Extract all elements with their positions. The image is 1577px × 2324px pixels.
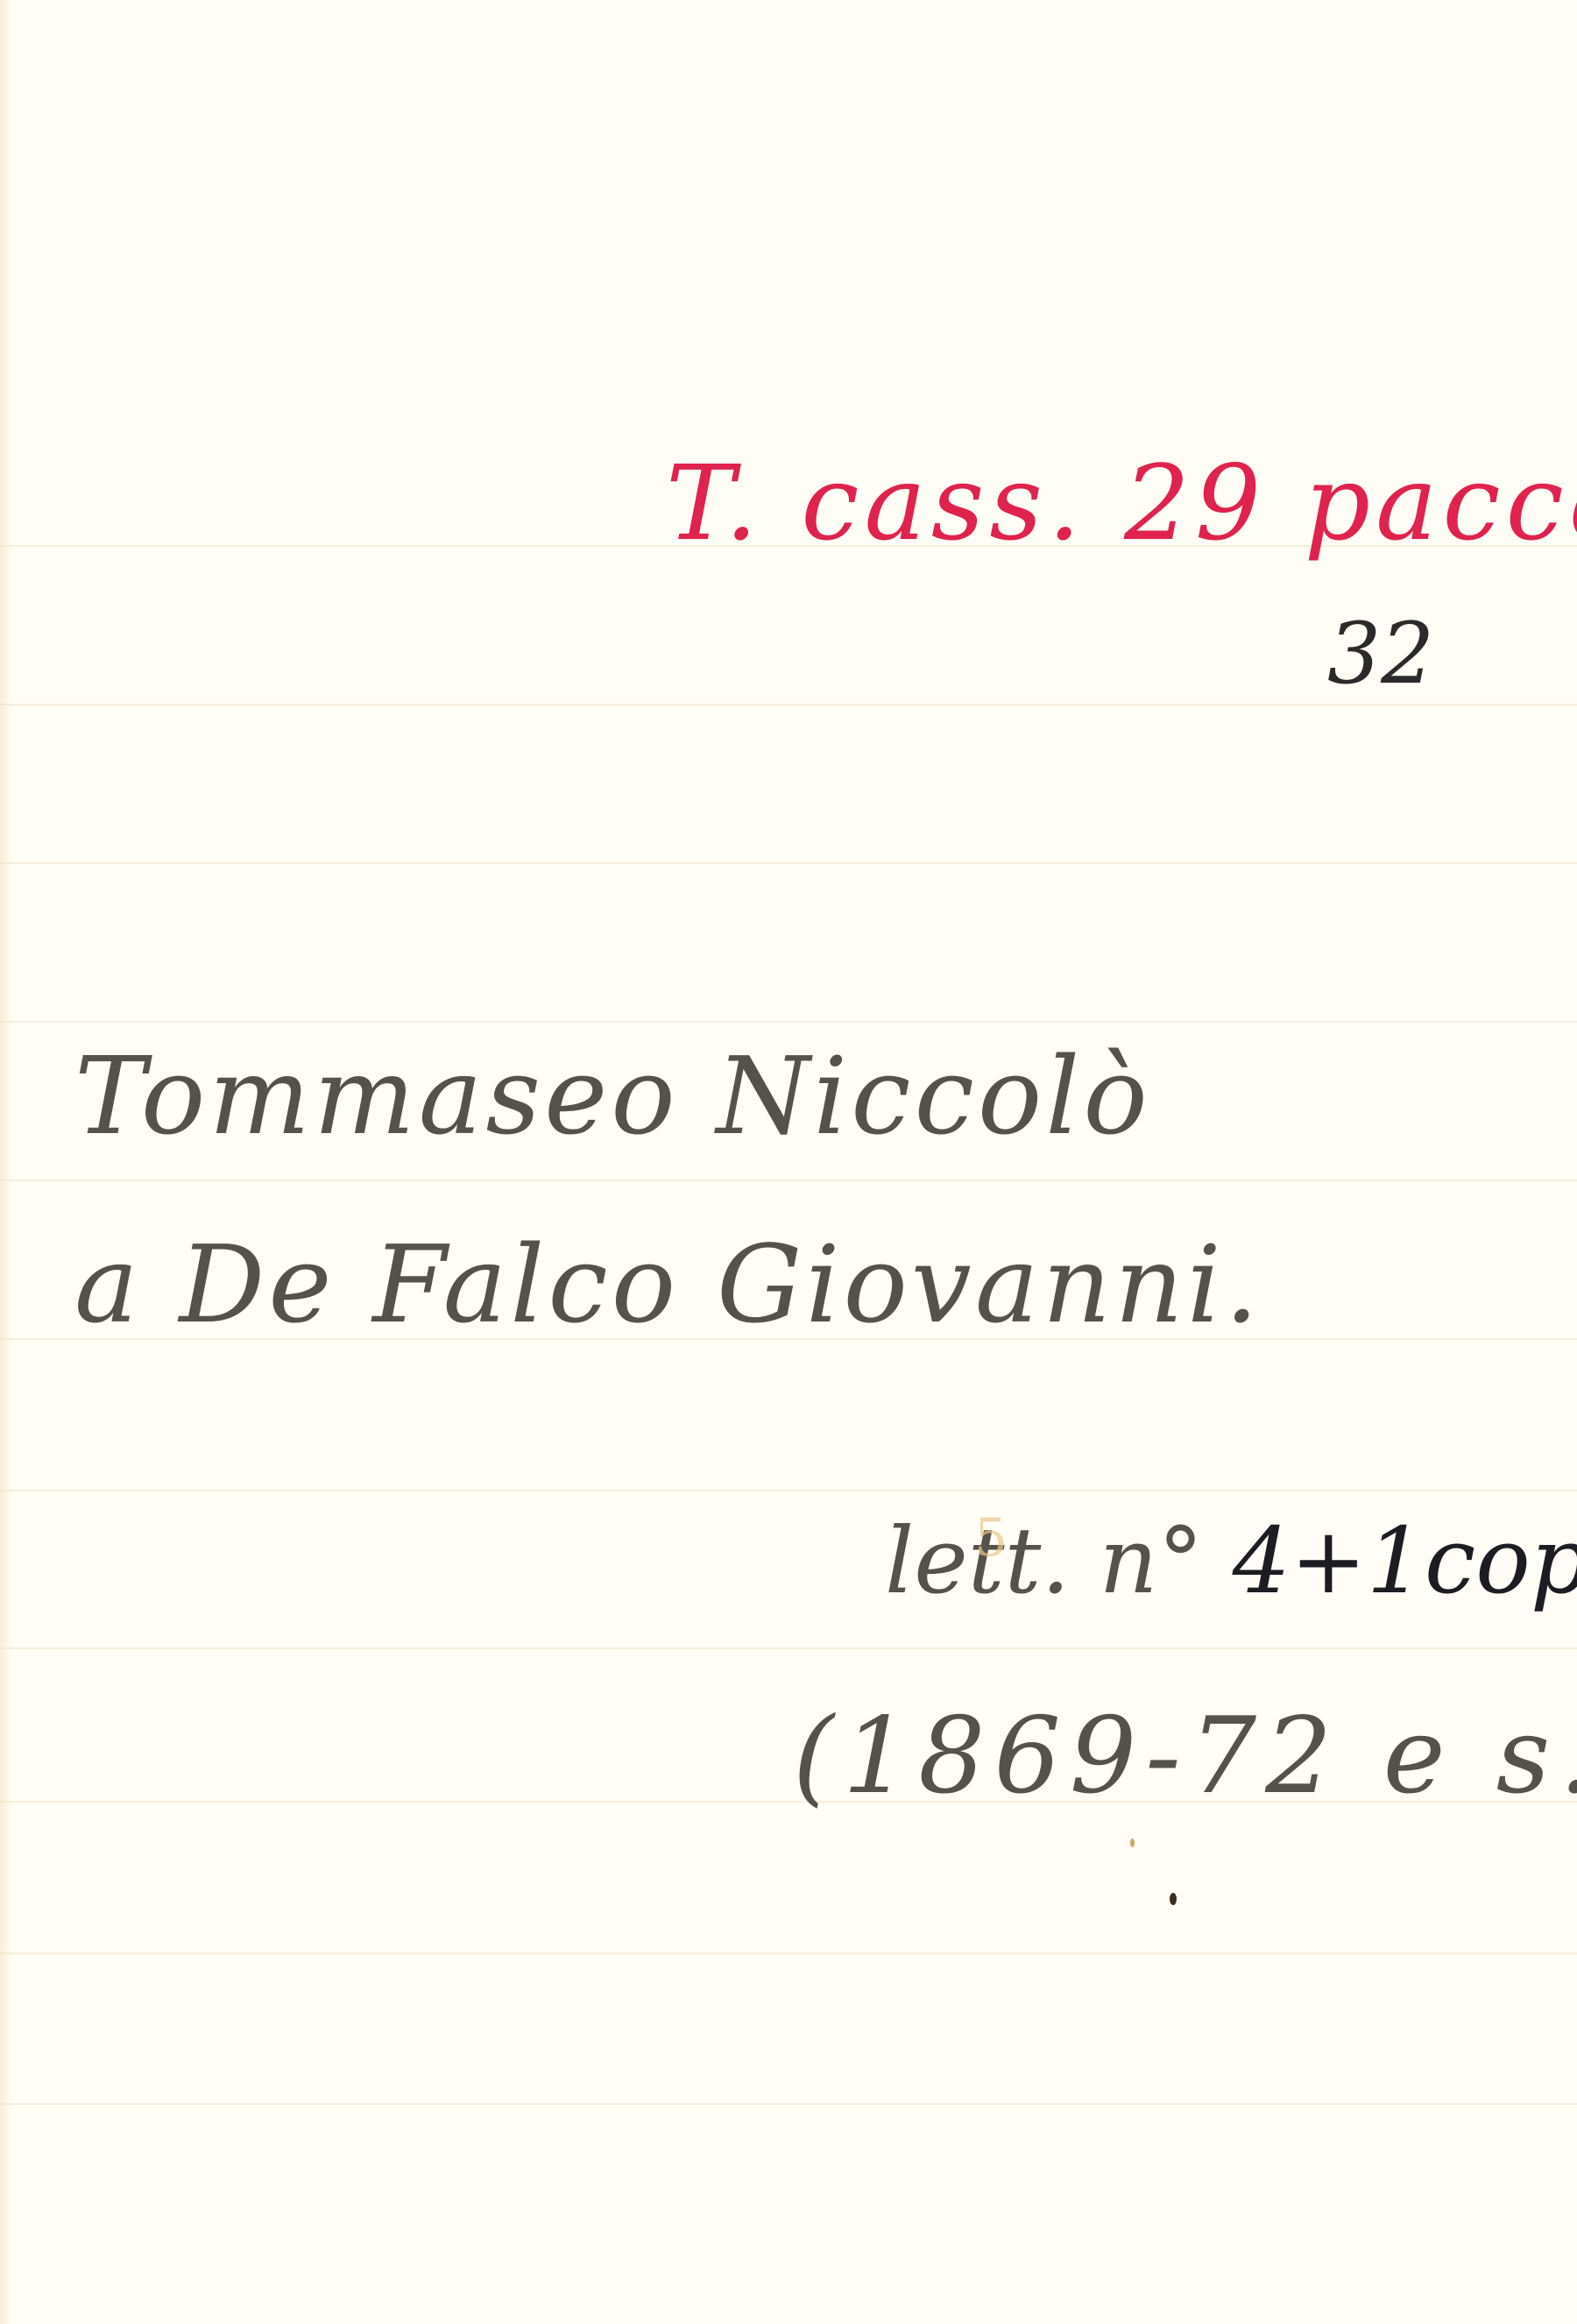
ruled-line	[0, 1952, 1577, 1954]
letter-count-value: 4+1copia	[1233, 1507, 1577, 1614]
ruled-line	[0, 704, 1577, 705]
date-range: (1869-72 e s.d.)	[793, 1696, 1577, 1817]
ink-speck	[1170, 1893, 1177, 1905]
ruled-line	[0, 2103, 1577, 2105]
overwritten-digit: 5	[974, 1507, 1008, 1569]
ruled-line	[0, 862, 1577, 864]
sender-name: Tommaseo Niccolò	[74, 1034, 1151, 1158]
ruled-line	[0, 1180, 1577, 1181]
ruled-line	[0, 1490, 1577, 1491]
letter-count-prefix: lett. n°	[885, 1507, 1204, 1614]
catalog-card: T. cass. 29 pacco 78. 32 Tommaseo Niccol…	[0, 0, 1577, 2324]
ruled-line	[0, 1021, 1577, 1023]
sub-number-text: 32	[1327, 605, 1434, 703]
shelfmark-text: T. cass. 29 pacco 78.	[666, 443, 1577, 563]
ruled-line	[0, 1647, 1577, 1649]
recipient-name: a De Falco Giovanni.	[74, 1222, 1262, 1347]
ink-speck	[1130, 1839, 1135, 1847]
